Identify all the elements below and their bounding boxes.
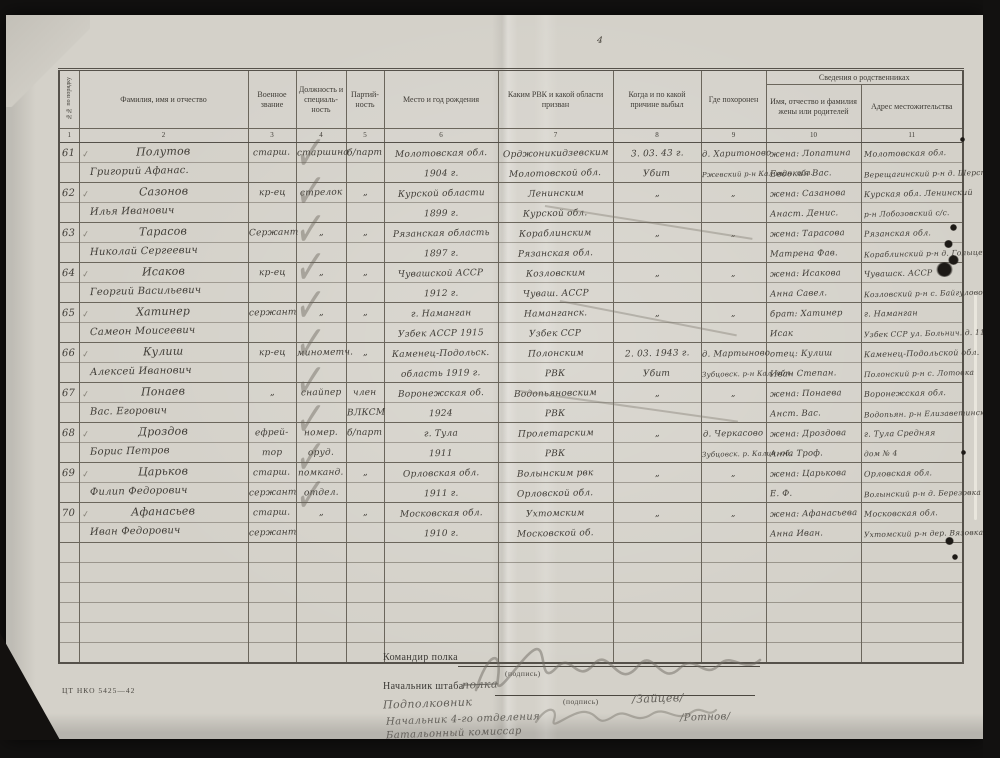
name-line-1: Исаков bbox=[142, 263, 185, 282]
table-row: 69✓ЦарьковФилип Федоровичстарш.сержантпо… bbox=[59, 463, 963, 503]
cell-rank: кр-ец bbox=[248, 343, 296, 383]
cell-rvk: ВодопьяновскимРВК bbox=[498, 383, 613, 423]
header-row-number: №№ по порядку bbox=[59, 70, 79, 129]
blank-cell bbox=[613, 603, 701, 623]
kin-line-2: Анна Савел. bbox=[766, 284, 827, 303]
chief-of-staff-handwritten-polka: полка bbox=[462, 677, 498, 691]
blank-cell bbox=[248, 643, 296, 664]
blank-ruled-row bbox=[59, 583, 963, 603]
col-num: 6 bbox=[384, 129, 498, 143]
header-out: Когда и по какой причине выбыл bbox=[613, 70, 701, 129]
cell-rank: старш.сержант bbox=[248, 463, 296, 503]
rvk-line-2: Московской об. bbox=[517, 524, 594, 544]
blank-cell bbox=[346, 563, 384, 583]
addr-line-2: Козловский р-н с. Байгулово bbox=[861, 284, 982, 305]
buried-line-1: д. Мартыново bbox=[701, 344, 770, 363]
paper-hole bbox=[950, 224, 957, 231]
cell-birth: Орловская обл.1911 г. bbox=[384, 463, 498, 503]
cell-out: „ bbox=[613, 223, 701, 263]
addr-line-1: г. Наманган bbox=[861, 304, 917, 323]
table-header: №№ по порядку Фамилия, имя и отчество Во… bbox=[59, 70, 963, 143]
table-row: 65✓ХатинерСамеон Моисеевичсержант„„г. На… bbox=[59, 303, 963, 343]
commander-signature-line bbox=[458, 648, 760, 667]
cell-rvk: Наманганск.Узбек ССР bbox=[498, 303, 613, 343]
party-line-1: б/парт bbox=[347, 144, 383, 163]
cell-buried: „ bbox=[701, 383, 766, 423]
col-num: 5 bbox=[346, 129, 384, 143]
name-line-2: Иван Федорович bbox=[89, 522, 180, 542]
duty-line-1: помканд. bbox=[298, 464, 344, 483]
pencil-check-mark: ✓ bbox=[80, 466, 90, 485]
cell-duty: „ bbox=[296, 503, 346, 543]
blank-cell bbox=[766, 583, 861, 603]
blank-cell bbox=[79, 623, 248, 643]
party-line-1: „ bbox=[362, 504, 367, 522]
cell-rank: сержант bbox=[248, 303, 296, 343]
blank-cell bbox=[346, 643, 384, 664]
pencil-check-mark: ✓ bbox=[80, 186, 90, 205]
party-line-1: „ bbox=[362, 304, 367, 322]
cell-kin: жена: АфанасьеваАнна Иван. bbox=[766, 503, 861, 543]
row-number: 69 bbox=[60, 465, 75, 483]
col-num: 8 bbox=[613, 129, 701, 143]
blank-cell bbox=[248, 583, 296, 603]
rvk-line-1: Полонским bbox=[527, 344, 583, 363]
cell-kin: жена: ЦарьковаЕ. Ф. bbox=[766, 463, 861, 503]
cell-num: 65 bbox=[59, 303, 79, 343]
row-number: 66 bbox=[60, 345, 75, 363]
table-row: 67✓ПонаевВас. Егорович„снайперчленВЛКСМВ… bbox=[59, 383, 963, 423]
rvk-line-2: РВК bbox=[545, 445, 566, 463]
birth-line-2: 1912 г. bbox=[424, 285, 459, 304]
cell-name: ✓ТарасовНиколай Сергеевич bbox=[79, 223, 248, 263]
blank-cell bbox=[861, 583, 963, 603]
blank-cell bbox=[346, 583, 384, 603]
pencil-check-mark: ✓ bbox=[80, 506, 90, 525]
blank-cell bbox=[498, 563, 613, 583]
cell-rvk: ЛенинскимКурской обл. bbox=[498, 183, 613, 223]
cell-addr: Орловская обл.Волынский р-н д. Березовка bbox=[861, 463, 963, 503]
col-num: 1 bbox=[59, 129, 79, 143]
blank-cell bbox=[296, 543, 346, 563]
blank-cell bbox=[766, 603, 861, 623]
duty-line-1: „ bbox=[318, 224, 323, 242]
table-body: 61✓ПолутовГригорий Афанас.старш.старшина… bbox=[59, 143, 963, 664]
zaitsev-handwritten: /Зайцев/ bbox=[632, 691, 684, 706]
cell-rvk: ПолонскимРВК bbox=[498, 343, 613, 383]
cell-rvk: ОрджоникидзевскимМолотовской обл. bbox=[498, 143, 613, 183]
blank-cell bbox=[384, 563, 498, 583]
cell-kin: жена: ЛопатинаЕвдокия Вас. bbox=[766, 143, 861, 183]
cell-buried: д. МартыновоЗубцовск. р-н Кал. обл. bbox=[701, 343, 766, 383]
addr-line-2: Волынский р-н д. Березовка bbox=[861, 484, 980, 504]
blank-cell bbox=[79, 583, 248, 603]
cell-addr: г. Тула Средняядом № 4 bbox=[861, 423, 963, 463]
birth-line-2: 1924 bbox=[429, 405, 453, 423]
kin-line-2: Евдокия Вас. bbox=[766, 164, 831, 183]
rvk-line-2: РВК bbox=[545, 365, 566, 383]
table-row: 68✓ДроздовБорис Петровефрей-торномер.ору… bbox=[59, 423, 963, 463]
cell-rank: ефрей-тор bbox=[248, 423, 296, 463]
party-line-1: б/парт bbox=[347, 424, 383, 443]
out-line-1: „ bbox=[654, 265, 659, 283]
out-line-1: „ bbox=[654, 385, 659, 403]
name-line-2: Алексей Иванович bbox=[89, 362, 191, 382]
cell-out: „ bbox=[613, 263, 701, 303]
kin-line-1: отец: Кулиш bbox=[766, 344, 832, 363]
blank-cell bbox=[701, 623, 766, 643]
row-number: 70 bbox=[60, 505, 75, 523]
rvk-line-1: Волынским рвк bbox=[517, 464, 594, 484]
rvk-line-1: Ухтомским bbox=[526, 504, 585, 523]
blank-cell bbox=[248, 543, 296, 563]
cell-duty: стрелок bbox=[296, 183, 346, 223]
kin-line-1: жена: Сазанова bbox=[766, 184, 845, 204]
rvk-line-1: Козловским bbox=[526, 264, 586, 283]
rvk-line-2: Молотовской обл. bbox=[509, 164, 602, 184]
addr-line-1: Воронежская обл. bbox=[861, 384, 945, 404]
cell-duty: „ bbox=[296, 303, 346, 343]
cell-birth: Московская обл.1910 г. bbox=[384, 503, 498, 543]
blank-ruled-row bbox=[59, 543, 963, 563]
duty-line-1: „ bbox=[318, 264, 323, 282]
cell-birth: Курской области1899 г. bbox=[384, 183, 498, 223]
duty-line-2: отдел. bbox=[303, 484, 338, 503]
addr-line-2: Узбек ССР ул. Больнич. д. 11 bbox=[861, 324, 984, 345]
name-line-2: Григорий Афанас. bbox=[89, 162, 188, 182]
addr-line-2: Кораблинский р-н д. Голыцево bbox=[861, 244, 991, 265]
cell-rvk: ПролетарскимРВК bbox=[498, 423, 613, 463]
cell-rank: „ bbox=[248, 383, 296, 423]
blank-cell bbox=[384, 623, 498, 643]
out-line-1: „ bbox=[654, 185, 659, 203]
rank-line-1: старш. bbox=[253, 464, 291, 483]
cell-kin: отец: КулишИван Степан. bbox=[766, 343, 861, 383]
cell-party: „ bbox=[346, 263, 384, 303]
cell-num: 63 bbox=[59, 223, 79, 263]
cell-kin: брат: ХатинерИсак bbox=[766, 303, 861, 343]
addr-line-1: Орловская обл. bbox=[861, 464, 932, 483]
rotnov-handwritten: /Ротнов/ bbox=[680, 711, 731, 724]
addr-line-2: р-н Лобозовский с/с. bbox=[861, 204, 949, 224]
party-line-1: „ bbox=[362, 224, 367, 242]
casualty-register-table: №№ по порядку Фамилия, имя и отчество Во… bbox=[58, 68, 964, 664]
rvk-line-1: Наманганск. bbox=[524, 304, 588, 323]
rank-line-1: кр-ец bbox=[258, 344, 285, 363]
duty-line-1: стрелок bbox=[300, 184, 343, 203]
blank-cell bbox=[861, 603, 963, 623]
addr-line-2: Полонский р-н с. Лотовка bbox=[861, 364, 974, 384]
cell-party: „ bbox=[346, 343, 384, 383]
cell-kin: жена: ИсаковаАнна Савел. bbox=[766, 263, 861, 303]
name-line-1: Дроздов bbox=[138, 422, 188, 441]
cell-kin: жена: ТарасоваМатрена Фав. bbox=[766, 223, 861, 263]
out-line-1: „ bbox=[654, 425, 659, 443]
buried-line-1: д. Черкасово bbox=[703, 424, 764, 443]
header-duty: Должность и специаль- ность bbox=[296, 70, 346, 129]
blank-ruled-row bbox=[59, 623, 963, 643]
rank-line-2: сержант bbox=[248, 524, 296, 543]
cell-birth: Воронежская об.1924 bbox=[384, 383, 498, 423]
blank-cell bbox=[59, 623, 79, 643]
name-line-1: Кулиш bbox=[143, 343, 184, 362]
form-print-code: ЦТ НКО 5425—42 bbox=[62, 686, 135, 695]
pencil-check-mark: ✓ bbox=[80, 146, 90, 165]
blank-cell bbox=[248, 563, 296, 583]
addr-line-2: дом № 4 bbox=[861, 445, 897, 464]
kin-line-2: Иван Степан. bbox=[766, 364, 836, 383]
header-birth: Место и год рождения bbox=[384, 70, 498, 129]
addr-line-1: Московская обл. bbox=[861, 504, 937, 524]
blank-cell bbox=[701, 603, 766, 623]
buried-line-1: „ bbox=[731, 265, 736, 283]
name-line-1: Сазонов bbox=[139, 182, 189, 201]
col-num: 11 bbox=[861, 129, 963, 143]
kin-line-2: Анна Троф. bbox=[766, 444, 822, 463]
name-line-2: Филип Федорович bbox=[89, 482, 187, 502]
cell-rvk: КозловскимЧуваш. АССР bbox=[498, 263, 613, 303]
cell-out: „ bbox=[613, 383, 701, 423]
kin-line-1: жена: Царькова bbox=[766, 464, 846, 484]
party-line-1: „ bbox=[362, 464, 367, 482]
name-line-2: Самеон Моисеевич bbox=[89, 322, 195, 342]
duty-line-2: оруд. bbox=[308, 444, 334, 463]
name-line-2: Борис Петров bbox=[89, 442, 169, 462]
cell-party: „ bbox=[346, 223, 384, 263]
cell-num: 62 bbox=[59, 183, 79, 223]
rank-line-1: старш. bbox=[253, 144, 291, 163]
col-num: 10 bbox=[766, 129, 861, 143]
name-line-2: Николай Сергеевич bbox=[89, 242, 197, 262]
rank-line-2: тор bbox=[262, 444, 283, 462]
blank-cell bbox=[296, 623, 346, 643]
blank-cell bbox=[861, 563, 963, 583]
blank-cell bbox=[59, 643, 79, 664]
rvk-line-1: Пролетарским bbox=[517, 424, 593, 444]
cell-party: б/парт bbox=[346, 143, 384, 183]
col-num: 4 bbox=[296, 129, 346, 143]
cell-duty: „ bbox=[296, 223, 346, 263]
pencil-check-mark: ✓ bbox=[80, 386, 90, 405]
kin-line-1: жена: Лопатина bbox=[766, 144, 850, 164]
blank-cell bbox=[79, 543, 248, 563]
addr-line-1: Молотовская обл. bbox=[861, 144, 946, 164]
blank-cell bbox=[766, 563, 861, 583]
rvk-line-2: Узбек ССР bbox=[529, 324, 581, 343]
column-number-row: 1 2 3 4 5 6 7 8 9 10 11 bbox=[59, 129, 963, 143]
name-line-2: Вас. Егорович bbox=[89, 402, 167, 422]
buried-line-1: „ bbox=[731, 185, 736, 203]
blank-ruled-row bbox=[59, 563, 963, 583]
birth-line-2: 1897 г. bbox=[424, 245, 459, 264]
blank-cell bbox=[79, 603, 248, 623]
kin-line-2: Исак bbox=[766, 325, 792, 344]
rank-line-2: сержант bbox=[248, 484, 296, 503]
cell-birth: Рязанская область1897 г. bbox=[384, 223, 498, 263]
cell-duty: „ bbox=[296, 263, 346, 303]
blank-cell bbox=[384, 583, 498, 603]
name-line-1: Афанасьев bbox=[131, 502, 196, 521]
kin-line-2: Анст. Вас. bbox=[766, 404, 820, 423]
party-line-1: член bbox=[353, 384, 377, 402]
birth-line-1: Молотовская обл. bbox=[395, 144, 488, 164]
table-row: 62✓СазоновИлья Ивановичкр-ецстрелок„Курс… bbox=[59, 183, 963, 223]
cell-rank: старш.сержант bbox=[248, 503, 296, 543]
podpis-caption-2: (подпись) bbox=[563, 697, 599, 706]
cell-rank: старш. bbox=[248, 143, 296, 183]
cell-buried: „ bbox=[701, 463, 766, 503]
rvk-line-2: Орловской обл. bbox=[517, 484, 594, 504]
blank-cell bbox=[498, 623, 613, 643]
blank-cell bbox=[59, 603, 79, 623]
blank-cell bbox=[248, 623, 296, 643]
row-number: 68 bbox=[60, 425, 75, 443]
cell-addr: Молотовская обл.Верещагинский р-н д. Шер… bbox=[861, 143, 963, 183]
dark-background-right bbox=[983, 0, 1000, 758]
blank-cell bbox=[861, 623, 963, 643]
blank-cell bbox=[79, 643, 248, 664]
table-row: 63✓ТарасовНиколай СергеевичСержант„„Ряза… bbox=[59, 223, 963, 263]
blank-cell bbox=[346, 623, 384, 643]
out-line-1: 2. 03. 1943 г. bbox=[625, 344, 690, 363]
chief-of-staff-label: Начальник штаба bbox=[383, 681, 464, 692]
blank-cell bbox=[346, 603, 384, 623]
duty-line-1: старшина bbox=[296, 143, 348, 162]
kin-line-2: Анаст. Денис. bbox=[766, 204, 838, 223]
birth-line-2: область 1919 г. bbox=[401, 364, 481, 384]
birth-line-2: 1911 bbox=[429, 445, 453, 463]
cell-out: „ bbox=[613, 303, 701, 343]
blank-cell bbox=[59, 583, 79, 603]
cell-party: „ bbox=[346, 303, 384, 343]
cell-party: членВЛКСМ bbox=[346, 383, 384, 423]
birth-line-1: Чувашской АССР bbox=[398, 264, 484, 284]
cell-name: ✓ПолутовГригорий Афанас. bbox=[79, 143, 248, 183]
buried-line-1: „ bbox=[731, 465, 736, 483]
kin-line-1: жена: Тарасова bbox=[766, 224, 844, 244]
cell-party: „ bbox=[346, 503, 384, 543]
birth-line-1: Воронежская об. bbox=[398, 384, 484, 404]
name-line-2: Георгий Васильевич bbox=[89, 282, 201, 302]
header-address: Адрес местожительства bbox=[861, 85, 963, 129]
cell-num: 70 bbox=[59, 503, 79, 543]
pencil-check-mark: ✓ bbox=[80, 226, 90, 245]
row-number: 62 bbox=[60, 185, 75, 203]
addr-line-1: Рязанская обл. bbox=[861, 224, 930, 243]
rank-line-1: старш. bbox=[253, 504, 291, 523]
name-line-1: Хатинер bbox=[136, 302, 190, 321]
blank-cell bbox=[296, 603, 346, 623]
pencil-check-mark: ✓ bbox=[80, 306, 90, 325]
cell-rvk: КораблинскимРязанская обл. bbox=[498, 223, 613, 263]
out-line-1: „ bbox=[654, 305, 659, 323]
row-number: 61 bbox=[60, 145, 75, 163]
birth-line-1: Курской области bbox=[397, 184, 484, 204]
row-number: 64 bbox=[60, 265, 75, 283]
cell-name: ✓ХатинерСамеон Моисеевич bbox=[79, 303, 248, 343]
kin-line-1: жена: Понаева bbox=[766, 384, 841, 404]
birth-line-1: г. Наманган bbox=[411, 304, 472, 323]
col-num: 9 bbox=[701, 129, 766, 143]
cell-name: ✓ПонаевВас. Егорович bbox=[79, 383, 248, 423]
cell-buried: „ bbox=[701, 503, 766, 543]
kin-line-1: жена: Исакова bbox=[766, 264, 840, 284]
header-kin: Имя, отчество и фамилия жены или родител… bbox=[766, 85, 861, 129]
table-row: 64✓ИсаковГеоргий Васильевичкр-ец„„Чувашс… bbox=[59, 263, 963, 303]
cell-birth: г. Тула1911 bbox=[384, 423, 498, 463]
rank-line-1: Сержант bbox=[248, 223, 298, 242]
rvk-line-2: РВК bbox=[545, 405, 566, 423]
duty-line-1: номер. bbox=[304, 424, 338, 443]
blank-cell bbox=[59, 563, 79, 583]
cell-duty: номер.оруд. bbox=[296, 423, 346, 463]
header-name: Фамилия, имя и отчество bbox=[79, 70, 248, 129]
cell-buried: д. ЧеркасовоЗубцовск. р. Калин. об. bbox=[701, 423, 766, 463]
birth-line-2: 1904 г. bbox=[424, 165, 459, 184]
cell-out: „ bbox=[613, 423, 701, 463]
rank-line-1: сержант bbox=[248, 304, 296, 323]
rvk-line-2: Чуваш. АССР bbox=[522, 284, 588, 303]
name-line-1: Тарасов bbox=[139, 222, 187, 241]
birth-line-1: Орловская обл. bbox=[403, 464, 480, 484]
rank-line-1: ефрей- bbox=[255, 424, 289, 443]
cell-kin: жена: ПонаеваАнст. Вас. bbox=[766, 383, 861, 423]
blank-cell bbox=[384, 543, 498, 563]
out-line-1: „ bbox=[654, 465, 659, 483]
cell-rvk: УхтомскимМосковской об. bbox=[498, 503, 613, 543]
birth-line-1: Московская обл. bbox=[399, 504, 482, 524]
birth-line-2: 1911 г. bbox=[424, 485, 459, 504]
table-row: 70✓АфанасьевИван Федоровичстарш.сержант„… bbox=[59, 503, 963, 543]
cell-num: 61 bbox=[59, 143, 79, 183]
paper-hole bbox=[944, 240, 953, 248]
blank-cell bbox=[384, 603, 498, 623]
blank-cell bbox=[613, 623, 701, 643]
blank-cell bbox=[613, 543, 701, 563]
header-rank: Военное звание bbox=[248, 70, 296, 129]
blank-cell bbox=[79, 563, 248, 583]
col-num: 7 bbox=[498, 129, 613, 143]
rvk-line-2: Рязанская обл. bbox=[518, 244, 593, 264]
blank-cell bbox=[861, 543, 963, 563]
cell-rank: кр-ец bbox=[248, 263, 296, 303]
name-line-1: Понаев bbox=[141, 383, 186, 402]
name-line-2: Илья Иванович bbox=[89, 202, 174, 222]
cell-birth: Каменец-Подольск.область 1919 г. bbox=[384, 343, 498, 383]
cell-birth: г. НаманганУзбек АССР 1915 bbox=[384, 303, 498, 343]
blank-cell bbox=[766, 543, 861, 563]
cell-birth: Чувашской АССР1912 г. bbox=[384, 263, 498, 303]
cell-addr: Каменец-Подольской обл.Полонский р-н с. … bbox=[861, 343, 963, 383]
row-number: 67 bbox=[60, 385, 75, 403]
out-line-1: 3. 03. 43 г. bbox=[630, 144, 683, 163]
cell-rank: Сержант bbox=[248, 223, 296, 263]
cell-name: ✓ДроздовБорис Петров bbox=[79, 423, 248, 463]
addr-line-2: Верещагинский р-н д. Шерстянки bbox=[861, 163, 1000, 184]
cell-buried: „ bbox=[701, 263, 766, 303]
rvk-line-1: Кораблинским bbox=[519, 224, 592, 244]
duty-line-1: „ bbox=[318, 304, 323, 322]
cell-addr: г. НаманганУзбек ССР ул. Больнич. д. 11 bbox=[861, 303, 963, 343]
blank-cell bbox=[296, 563, 346, 583]
duty-line-1: „ bbox=[318, 504, 323, 522]
blank-cell bbox=[766, 643, 861, 664]
buried-line-1: „ bbox=[731, 385, 736, 403]
cell-duty: старшина bbox=[296, 143, 346, 183]
blank-cell bbox=[613, 563, 701, 583]
paper-stain bbox=[961, 450, 966, 455]
paper-stain bbox=[952, 554, 958, 560]
